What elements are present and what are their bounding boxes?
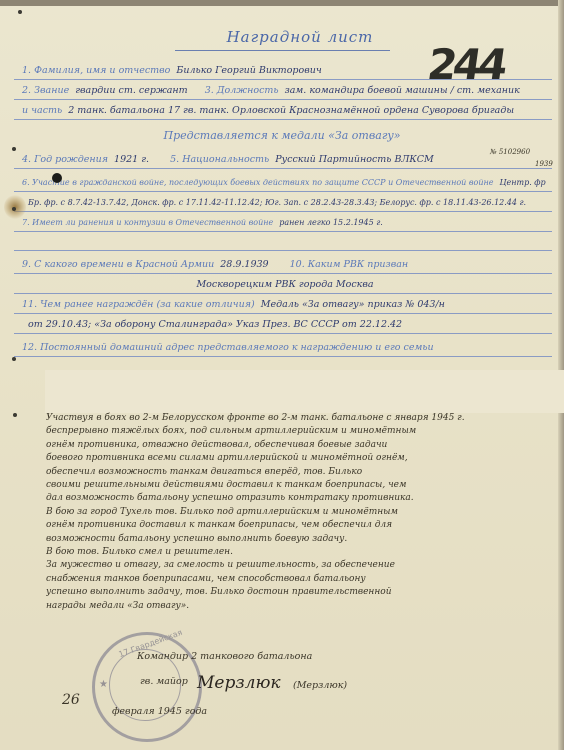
field-prior-awards: 11. Чем ранее награждён (за какие отличи… (22, 298, 546, 312)
citation-line: В бою тов. Билько смел и решителен. (46, 546, 551, 559)
award-nomination: Представляется к медали «За отвагу» (0, 129, 564, 143)
field-label: 3. Должность (205, 85, 279, 96)
field-rank-position: 2. Званиегвардии ст. сержант 3. Должност… (22, 84, 546, 98)
field-value: 2 танк. батальона 17 гв. танк. Орловской… (68, 105, 514, 116)
row-rule (14, 293, 552, 294)
star-icon: ★ (99, 679, 108, 690)
field-label: 12. Постоянный домашний адрес представля… (22, 342, 434, 353)
citation-line: За мужество и отвагу, за смелость и реши… (46, 559, 551, 572)
citation-line: В бою за город Тухель тов. Билько под ар… (46, 506, 551, 519)
row-rule (14, 356, 552, 357)
row-rule (14, 99, 552, 100)
row-rule (14, 333, 552, 334)
row-rule (14, 273, 552, 274)
citation-line: огнём противника, отважно действовал, об… (46, 439, 551, 452)
field-value: от 29.10.43; «За оборону Сталинграда» Ук… (28, 319, 402, 330)
field-label: 4. Год рождения (22, 154, 108, 165)
citation-line: Участвуя в боях во 2-м Белорусском фронт… (46, 412, 551, 425)
field-value: Бр. фр. с 8.7.42-13.7.42, Донск. фр. с 1… (28, 198, 526, 207)
commander-rank: гв. майор (140, 676, 188, 687)
field-wounds: 7. Имеет ли ранения и контузии в Отечест… (22, 216, 546, 230)
citation-line: своими решительными действиями доставил … (46, 479, 551, 492)
row-rule (14, 250, 552, 251)
field-value: Русский Партийность ВЛКСМ (275, 154, 434, 165)
citation-line: огнём противника доставил к танкам боепр… (46, 519, 551, 532)
field-home-address: 12. Постоянный домашний адрес представля… (22, 341, 546, 355)
margin-dot (18, 10, 22, 14)
field-label: 5. Национальность (170, 154, 269, 165)
field-value: 1921 г. (114, 154, 149, 165)
redacted-band (45, 370, 564, 413)
party-year: 1939 (535, 160, 553, 168)
row-rule (14, 211, 552, 212)
title-underline (175, 50, 390, 51)
citation-line: дал возможность батальону успешно отрази… (46, 492, 551, 505)
field-label: 11. Чем ранее награждён (за какие отличи… (22, 299, 255, 310)
field-unit: и часть2 танк. батальона 17 гв. танк. Ор… (22, 104, 546, 118)
margin-dot (12, 357, 16, 361)
document-title: Наградной лист (200, 28, 400, 46)
commander-role: Командир 2 танкового батальона (137, 651, 312, 662)
row-rule (14, 231, 552, 232)
field-label: 2. Звание (22, 85, 69, 96)
citation-line: обеспечил возможность танкам двигаться в… (46, 466, 551, 479)
margin-dot (13, 413, 17, 417)
field-war-participation: 6. Участие в гражданской войне, последую… (22, 176, 546, 190)
field-service-start: 9. С какого времени в Красной Армии28.9.… (22, 258, 546, 272)
row-rule (14, 79, 552, 80)
field-label: 9. С какого времени в Красной Армии (22, 259, 214, 270)
commander-name: (Мерзлюк) (293, 680, 347, 691)
citation-line: снабжения танков боеприпасами, чем спосо… (46, 573, 551, 586)
row-rule (14, 313, 552, 314)
row-rule (14, 191, 552, 192)
citation-line: награды медали «За отвагу». (46, 600, 551, 613)
field-prior-awards-cont: от 29.10.43; «За оборону Сталинграда» Ук… (22, 318, 546, 332)
award-sheet-page: Наградной лист 244 1. Фамилия, имя и отч… (0, 0, 564, 750)
date-month-year: февраля 1945 года (112, 706, 207, 717)
field-value: Медаль «За отвагу» приказ № 043/н (261, 299, 445, 310)
scan-top-edge (0, 0, 564, 6)
field-label: 10. Каким РВК призван (290, 259, 409, 270)
citation-line: успешно выполнить задачу, тов. Билько до… (46, 586, 551, 599)
field-birth-nationality: 4. Год рождения1921 г. 5. Национальность… (22, 153, 534, 167)
field-value: зам. командира боевой машины / ст. механ… (285, 85, 520, 96)
field-label: 6. Участие в гражданской войне, последую… (22, 178, 494, 187)
citation-body: Участвуя в боях во 2-м Белорусском фронт… (46, 412, 551, 613)
field-label: 7. Имеет ли ранения и контузии в Отечест… (22, 218, 273, 227)
paper-hole (52, 173, 62, 183)
field-value: 28.9.1939 (220, 259, 268, 270)
citation-line: беспрерывно тяжёлых боях, под сильным ар… (46, 425, 551, 438)
field-label: и часть (22, 105, 62, 116)
field-draft-office: Москворецким РВК города Москва (0, 278, 564, 292)
margin-dot (12, 147, 16, 151)
field-war-participation-cont: Бр. фр. с 8.7.42-13.7.42, Донск. фр. с 1… (22, 196, 546, 210)
field-label: 1. Фамилия, имя и отчество (22, 65, 170, 76)
citation-line: боевого противника всеми силами артиллер… (46, 452, 551, 465)
field-full-name: 1. Фамилия, имя и отчествоБилько Георгий… (22, 64, 546, 78)
commander-signature: Мерзлюк (197, 673, 281, 693)
field-value: Москворецким РВК города Москва (196, 279, 373, 290)
party-card-number: № 5102960 (490, 148, 530, 156)
citation-line: возможности батальону успешно выполнить … (46, 533, 551, 546)
field-value: Билько Георгий Викторович (176, 65, 321, 76)
margin-dot (12, 207, 16, 211)
row-rule (14, 119, 552, 120)
award-nomination-text: Представляется к медали «За отвагу» (164, 129, 401, 142)
unit-stamp: 17 Гвардейская ★ (92, 632, 202, 742)
date-day: 26 (62, 692, 80, 708)
row-rule (14, 168, 552, 169)
field-value: гвардии ст. сержант (75, 85, 187, 96)
field-value: Центр. фр. с 10-29.10.41 и 22-4.12.41 г. (500, 178, 547, 187)
field-value: ранен легко 15.2.1945 г. (279, 218, 383, 227)
